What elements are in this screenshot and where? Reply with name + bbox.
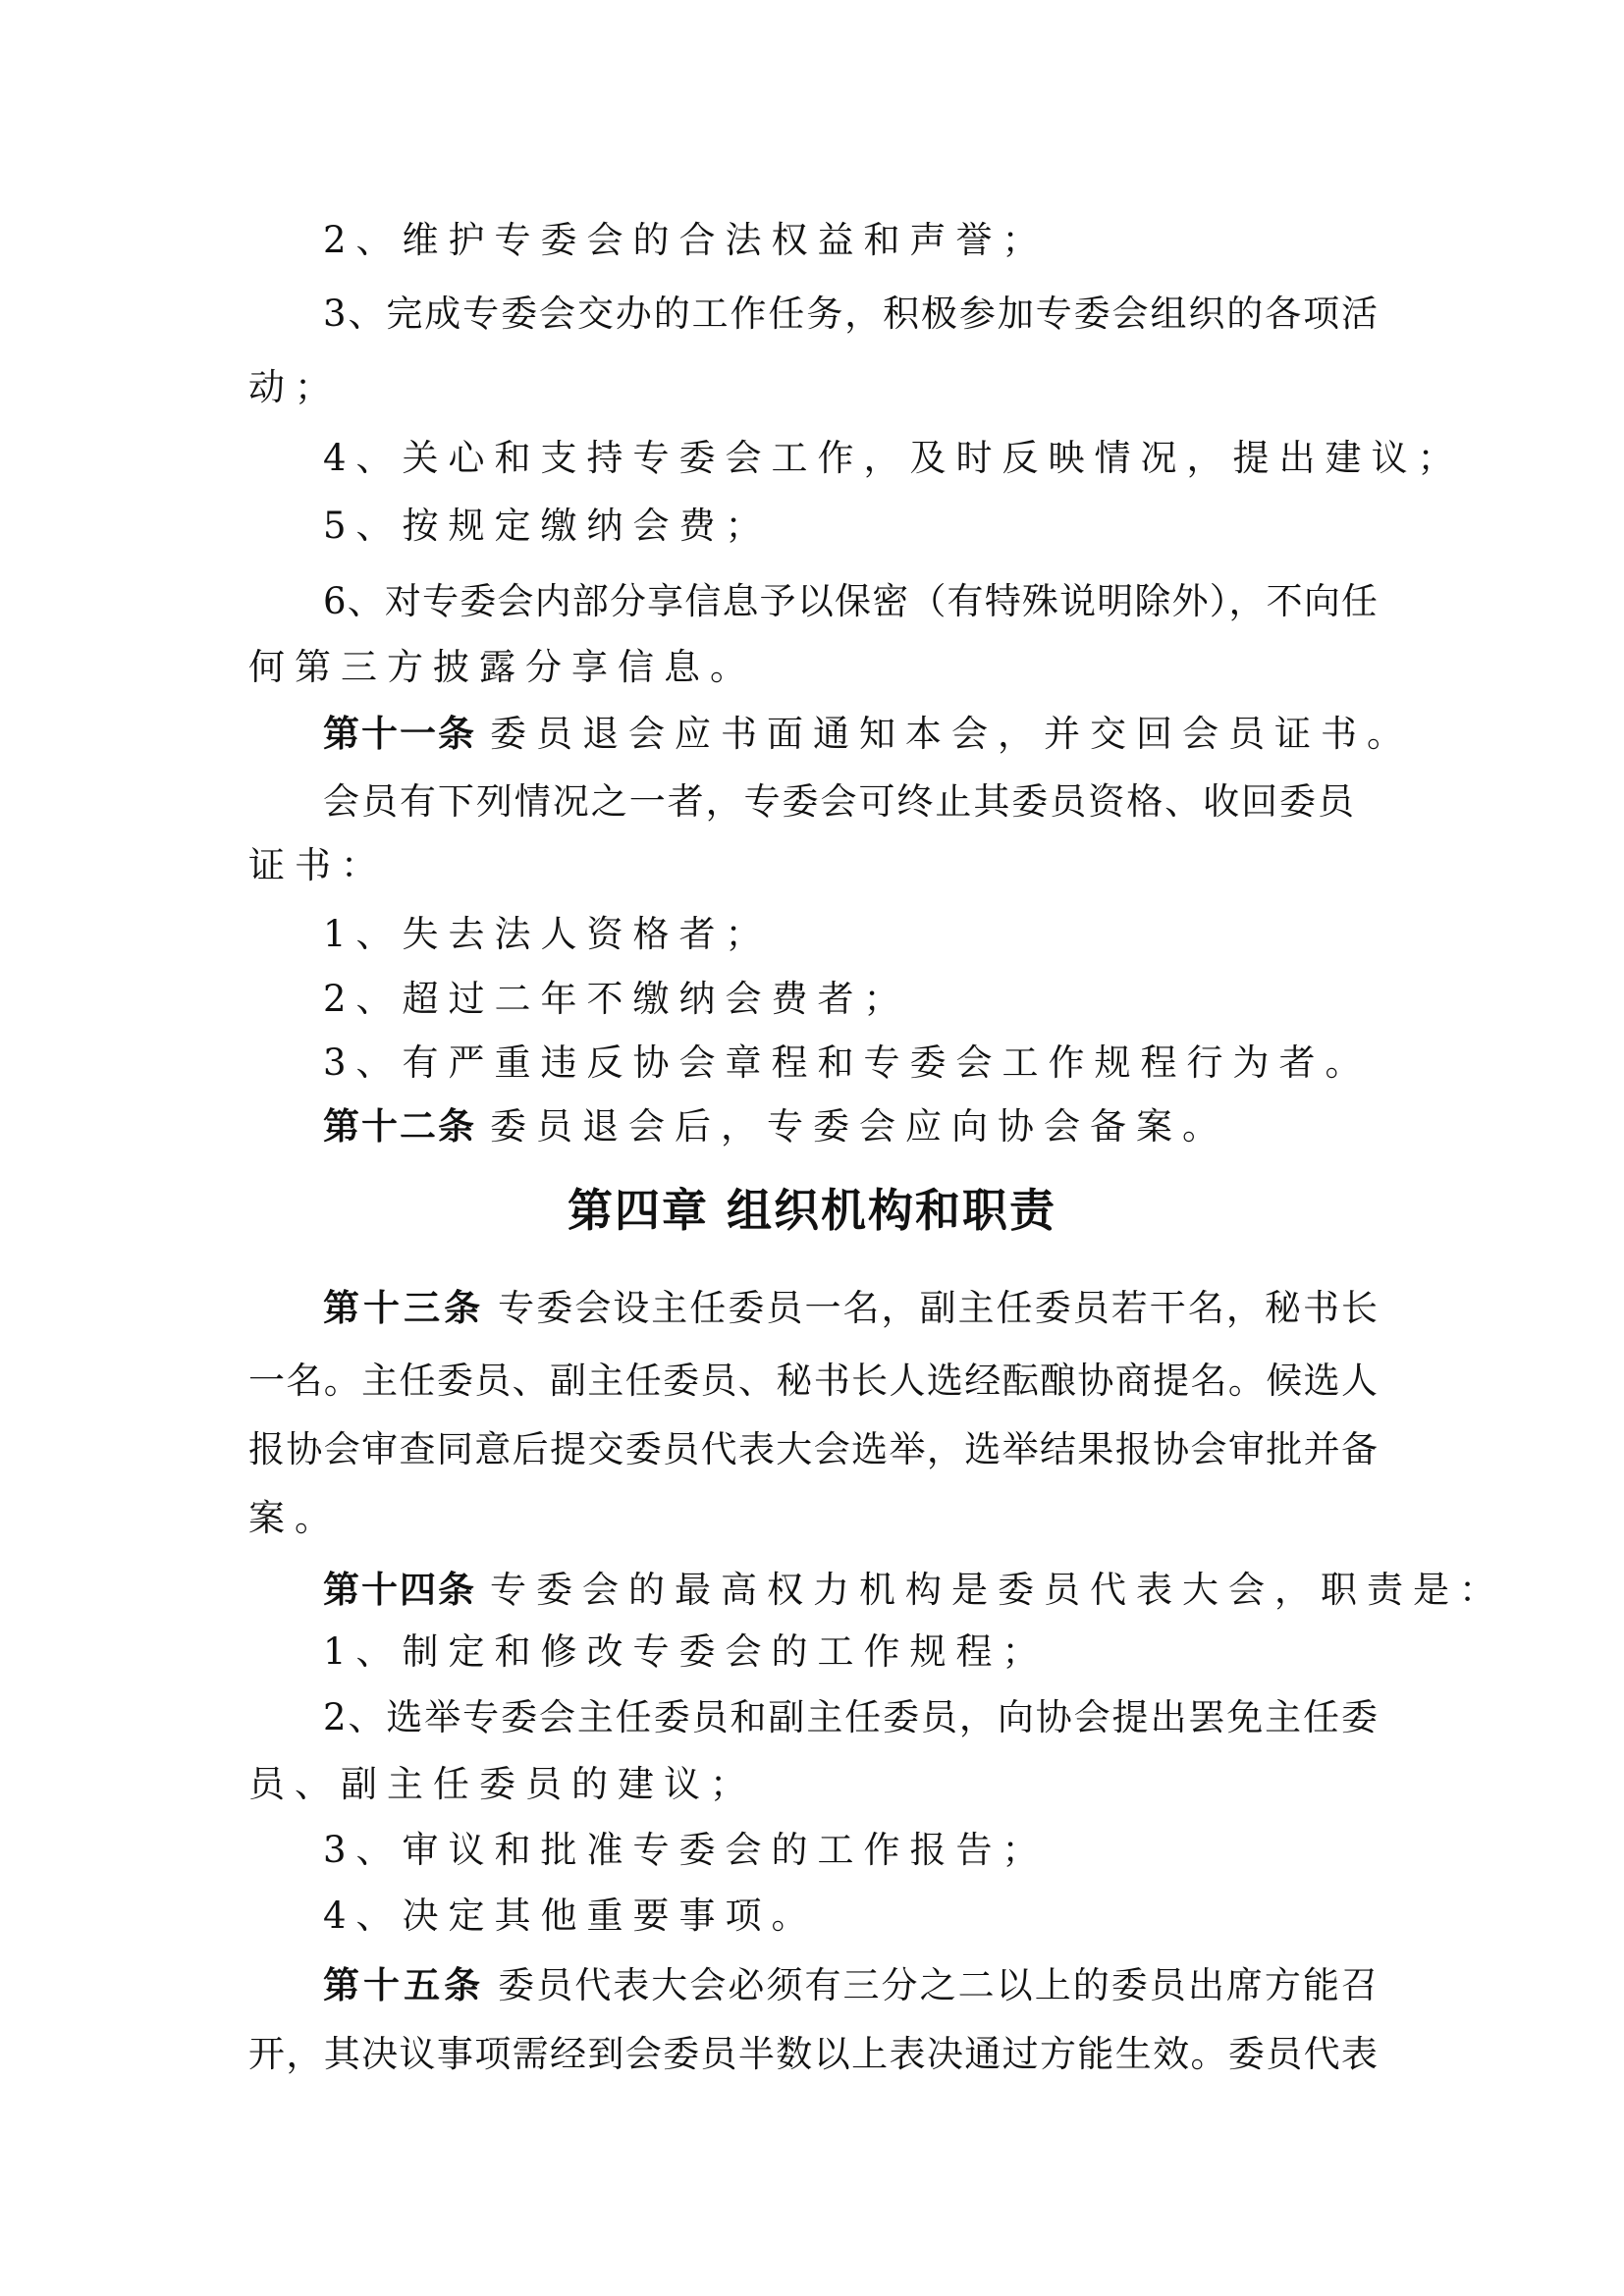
list-item: 1、失去法人资格者；: [323, 910, 772, 959]
article-15: 第十五条委员代表大会必须有三分之二以上的委员出席方能召: [323, 1961, 1378, 2010]
paragraph-line: 一名。主任委员、副主任委员、秘书长人选经酝酿协商提名。候选人: [248, 1357, 1378, 1406]
article-text: 委员代表大会必须有三分之二以上的委员出席方能召: [498, 1964, 1378, 2006]
article-text: 专委会设主任委员一名，副主任委员若干名，秘书长: [498, 1287, 1378, 1329]
list-item: 4、决定其他重要事项。: [323, 1892, 818, 1941]
article-label: 第十四条: [323, 1569, 476, 1611]
paragraph-line: 会员有下列情况之一者，专委会可终止其委员资格、收回委员: [323, 777, 1354, 827]
paragraph-line: 5、按规定缴纳会费；: [323, 502, 772, 551]
article-label: 第十三条: [323, 1287, 484, 1329]
article-text: 专委会的最高权力机构是委员代表大会，职责是：: [490, 1569, 1505, 1611]
list-item: 3、审议和批准专委会的工作报告；: [323, 1826, 1049, 1875]
article-label: 第十二条: [323, 1105, 476, 1148]
chapter-heading: 第四章 组织机构和职责: [0, 1181, 1624, 1240]
list-item: 2、选举专委会主任委员和副主任委员，向协会提出罢免主任委: [323, 1693, 1378, 1742]
paragraph-line: 证书：: [248, 841, 387, 890]
paragraph-line: 3、完成专委会交办的工作任务，积极参加专委会组织的各项活: [323, 290, 1378, 339]
paragraph-line: 员、副主任委员的建议；: [248, 1760, 756, 1809]
article-11: 第十一条委员退会应书面通知本会，并交回会员证书。: [323, 710, 1413, 759]
list-item: 3、有严重违反协会章程和专委会工作规程行为者。: [323, 1039, 1372, 1088]
article-label: 第十一条: [323, 713, 476, 755]
list-item: 2、超过二年不缴纳会费者；: [323, 975, 910, 1024]
list-item: 1、制定和修改专委会的工作规程；: [323, 1628, 1049, 1677]
article-12: 第十二条委员退会后，专委会应向协会备案。: [323, 1102, 1228, 1151]
paragraph-line: 案。: [248, 1494, 341, 1543]
document-page: 2、维护专委会的合法权益和声誉； 3、完成专委会交办的工作任务，积极参加专委会组…: [0, 0, 1624, 2296]
article-label: 第十五条: [323, 1964, 484, 2006]
paragraph-line: 6、对专委会内部分享信息予以保密（有特殊说明除外），不向任: [323, 577, 1378, 626]
article-13: 第十三条专委会设主任委员一名，副主任委员若干名，秘书长: [323, 1284, 1378, 1333]
paragraph-line: 报协会审查同意后提交委员代表大会选举，选举结果报协会审批并备: [248, 1425, 1378, 1474]
paragraph-line: 4、关心和支持专委会工作，及时反映情况，提出建议；: [323, 434, 1464, 483]
article-text: 委员退会后，专委会应向协会备案。: [490, 1105, 1228, 1148]
paragraph-line: 动；: [248, 363, 341, 412]
paragraph-line: 开，其决议事项需经到会委员半数以上表决通过方能生效。委员代表: [248, 2030, 1378, 2079]
paragraph-line: 2、维护专委会的合法权益和声誉；: [323, 216, 1049, 265]
article-14: 第十四条专委会的最高权力机构是委员代表大会，职责是：: [323, 1566, 1505, 1615]
paragraph-line: 何第三方披露分享信息。: [248, 643, 756, 692]
article-text: 委员退会应书面通知本会，并交回会员证书。: [490, 713, 1413, 755]
